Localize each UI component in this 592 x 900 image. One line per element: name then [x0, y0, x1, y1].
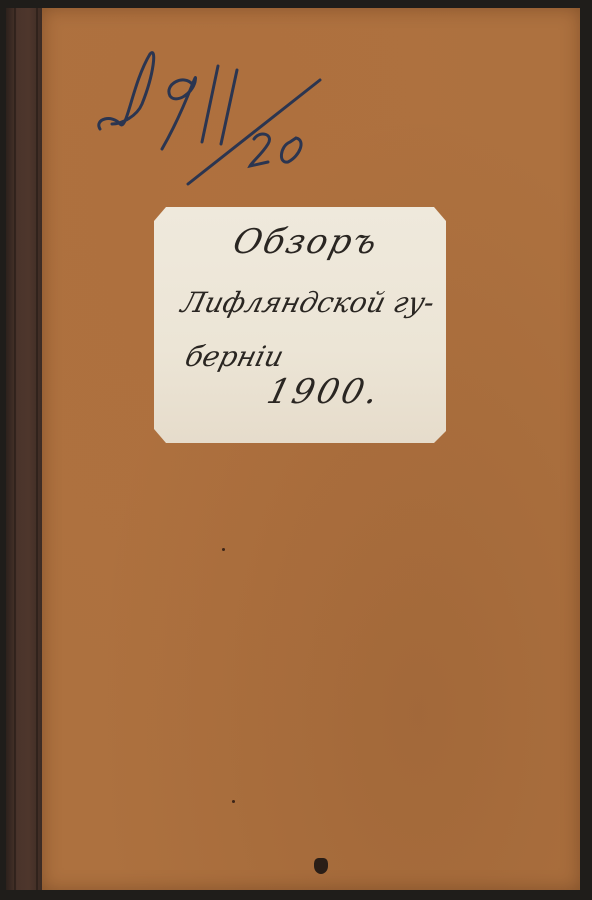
label-line-region: Лифляндской гу-: [178, 286, 438, 319]
book-spine: [6, 8, 44, 890]
label-line-region-cont: бернiи: [182, 340, 287, 373]
speck: [232, 800, 235, 803]
spine-line: [36, 8, 38, 890]
spine-line: [14, 8, 16, 890]
speck: [222, 548, 225, 551]
label-line-year: 1900.: [263, 372, 385, 412]
ink-blot: [314, 858, 328, 874]
shelfmark-handwriting: Д 911/20: [92, 44, 332, 194]
label-line-title: Обзоръ: [229, 222, 383, 262]
